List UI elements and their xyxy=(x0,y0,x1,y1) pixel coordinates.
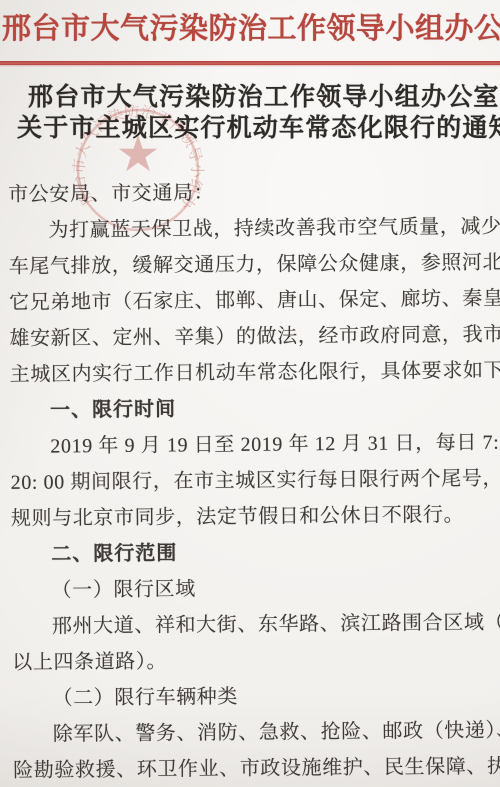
body-line-text: 以上四条道路）。 xyxy=(12,651,167,674)
body-line-text: 规则与北京市同步，法定节假日和公休日不限行。 xyxy=(11,504,464,530)
body-line-text: 主城区内实行工作日机动车常态化限行，具体要求如下： xyxy=(10,359,500,385)
body-line-text: 一、限行时间 xyxy=(50,398,176,421)
body-line-text: （二）限行车辆种类 xyxy=(52,686,238,710)
document-title: 邢台市大气污染防治工作领导小组办公室 关于市主城区实行机动车常态化限行的通知 xyxy=(0,82,500,144)
body-line: 雄安新区、定州、辛集）的做法，经市政府同意，我市在市 xyxy=(9,316,500,357)
body-line: 它兄弟地市（石家庄、邯郸、唐山、保定、廊坊、秦皇岛 xyxy=(9,280,500,321)
body-line: 一、限行时间 xyxy=(10,388,500,429)
body-line-text: （一）限行区域 xyxy=(52,578,196,601)
body-line: 以上四条道路）。 xyxy=(12,640,500,681)
body-line-text: 20: 00 期间限行，在市主城区实行每日限行两个尾号，限行 xyxy=(11,467,500,494)
body-line-text: 雄安新区、定州、辛集）的做法，经市政府同意，我市在市 xyxy=(9,323,500,350)
body-line-text: 2019 年 9 月 19 日至 2019 年 12 月 31 日，每日 7: … xyxy=(50,431,500,457)
body-line: 2019 年 9 月 19 日至 2019 年 12 月 31 日，每日 7: … xyxy=(10,424,500,465)
body-line-text: 车尾气排放，缓解交通压力，保障公众健康，参照河北省其 xyxy=(9,251,500,278)
document-page: 邢台市大气污染防治工作领导小组办公 邢台市大气污染防治工作领导小组办公室 关于市… xyxy=(0,0,500,787)
body-line: （二）限行车辆种类 xyxy=(12,676,500,717)
body-line: 20: 00 期间限行，在市主城区实行每日限行两个尾号，限行 xyxy=(11,460,500,501)
body-line: 规则与北京市同步，法定节假日和公休日不限行。 xyxy=(11,496,500,537)
body-line: 为打赢蓝天保卫战，持续改善我市空气质量，减少机动 xyxy=(8,208,500,249)
body-line: 主城区内实行工作日机动车常态化限行，具体要求如下： xyxy=(10,352,500,393)
body-line-text: 除军队、警务、消防、急救、抢险、邮政（快递）、保 xyxy=(53,719,500,745)
letterhead-org-name: 邢台市大气污染防治工作领导小组办公 xyxy=(2,9,500,49)
body-line-text: 险勘验救援、环卫作业、市政设施维护、民生保障、执法 xyxy=(13,755,500,781)
body-line: 除军队、警务、消防、急救、抢险、邮政（快递）、保 xyxy=(13,712,500,753)
body-line-text: 邢州大道、祥和大街、东华路、滨江路围合区域（包括 xyxy=(52,611,500,637)
recipients-line: 市公安局、市交通局： xyxy=(8,172,500,213)
body-line: 险勘验救援、环卫作业、市政设施维护、民生保障、执法 xyxy=(13,748,500,787)
body-line-text: 二、限行范围 xyxy=(51,542,177,565)
title-line-2: 关于市主城区实行机动车常态化限行的通知 xyxy=(17,113,500,144)
body-line-text: 为打赢蓝天保卫战，持续改善我市空气质量，减少机动 xyxy=(48,215,500,241)
body-line-text: 它兄弟地市（石家庄、邯郸、唐山、保定、廊坊、秦皇岛 xyxy=(9,287,500,313)
body-line: （一）限行区域 xyxy=(11,568,500,609)
document-body: 市公安局、市交通局： 为打赢蓝天保卫战，持续改善我市空气质量，减少机动车尾气排放… xyxy=(0,172,500,787)
letterhead-divider xyxy=(0,61,500,65)
body-line: 二、限行范围 xyxy=(11,532,500,573)
title-line-1: 邢台市大气污染防治工作领导小组办公室 xyxy=(28,82,500,113)
body-lines: 为打赢蓝天保卫战，持续改善我市空气质量，减少机动车尾气排放，缓解交通压力，保障公… xyxy=(8,208,500,787)
body-line: 车尾气排放，缓解交通压力，保障公众健康，参照河北省其 xyxy=(9,244,500,285)
body-line: 邢州大道、祥和大街、东华路、滨江路围合区域（包括 xyxy=(12,604,500,645)
